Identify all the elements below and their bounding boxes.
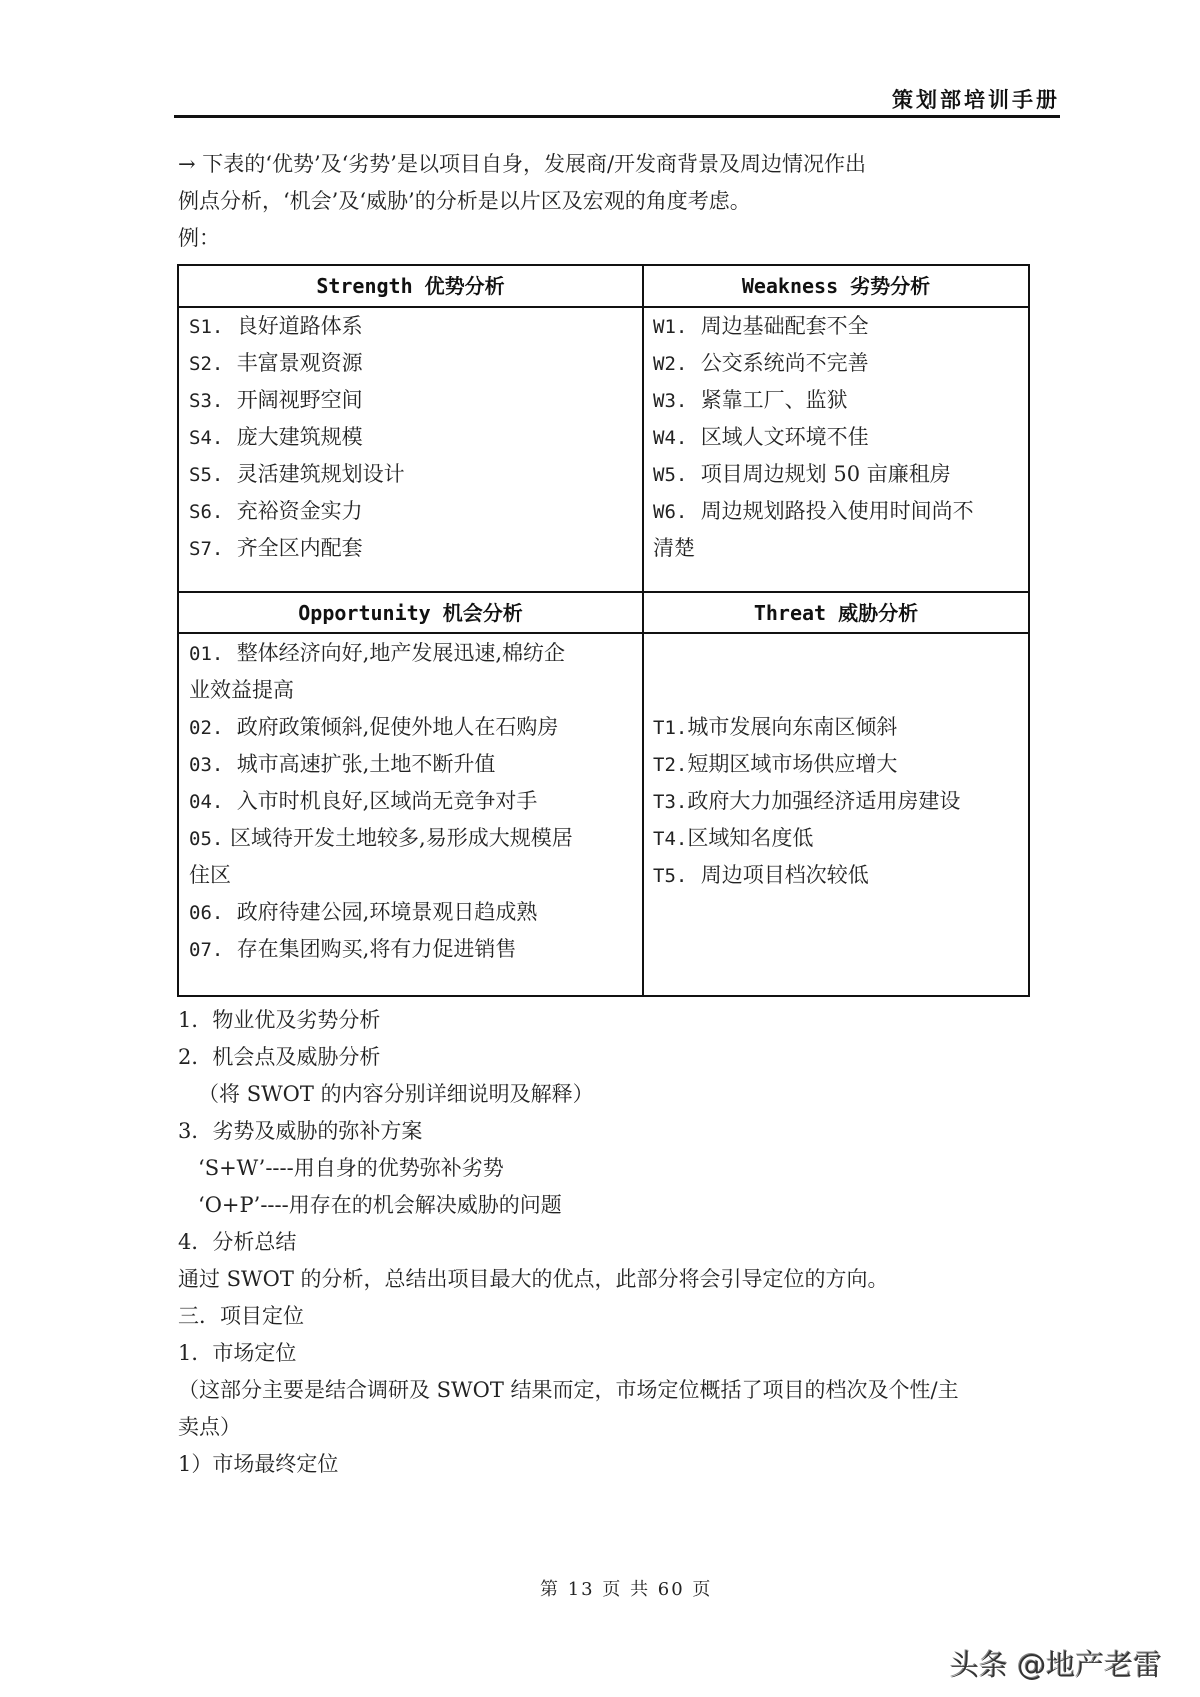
opportunity-item: 06. 政府待建公园,环境景观日趋成熟 — [189, 898, 537, 927]
strength-item: S3. 开阔视野空间 — [189, 386, 363, 415]
table-divider-header1 — [179, 306, 1028, 308]
weakness-item: W5. 项目周边规划 50 亩廉租房 — [653, 460, 951, 489]
weakness-item: W3. 紧靠工厂、监狱 — [653, 386, 848, 415]
example-label: 例： — [178, 224, 220, 252]
opportunity-item-continued: 业效益提高 — [189, 676, 294, 704]
weakness-header: Weakness 劣势分析 — [644, 266, 1028, 306]
weakness-item-continued: 清楚 — [653, 534, 695, 562]
body-line: 4．分析总结 — [178, 1228, 296, 1256]
opportunity-item: 03. 城市高速扩张,土地不断升值 — [189, 750, 495, 779]
section-heading: 三．项目定位 — [178, 1302, 304, 1330]
body-line: （这部分主要是结合调研及 SWOT 结果而定，市场定位概括了项目的档次及个性/主 — [178, 1376, 959, 1404]
opportunity-item: 02. 政府政策倾斜,促使外地人在石购房 — [189, 713, 558, 742]
strength-item: S2. 丰富景观资源 — [189, 349, 363, 378]
opportunity-item: 04. 入市时机良好,区域尚无竞争对手 — [189, 787, 537, 816]
strength-item: S1. 良好道路体系 — [189, 312, 363, 341]
threat-item: T4.区域知名度低 — [653, 824, 813, 853]
intro-line-2: 例点分析，‘机会’及‘威胁’的分析是以片区及宏观的角度考虑。 — [178, 187, 751, 215]
opportunity-item: 01. 整体经济向好,地产发展迅速,棉纺企 — [189, 639, 565, 668]
opportunity-item: 07. 存在集团购买,将有力促进销售 — [189, 935, 516, 964]
strength-header: Strength 优势分析 — [179, 266, 642, 306]
threat-item: T1.城市发展向东南区倾斜 — [653, 713, 897, 742]
watermark: 头条 @地产老雷 — [950, 1643, 1162, 1684]
body-line: 3．劣势及威胁的弥补方案 — [178, 1117, 422, 1145]
weakness-item: W4. 区域人文环境不佳 — [653, 423, 869, 452]
header-rule — [174, 115, 1060, 118]
opportunity-item-continued: 住区 — [189, 861, 231, 889]
body-line: 2．机会点及威胁分析 — [178, 1043, 380, 1071]
weakness-item: W1. 周边基础配套不全 — [653, 312, 869, 341]
body-line: 通过 SWOT 的分析，总结出项目最大的优点，此部分将会引导定位的方向。 — [178, 1265, 889, 1293]
body-line: 1）市场最终定位 — [178, 1450, 338, 1478]
opportunity-item: 05. 区域待开发土地较多,易形成大规模居 — [189, 824, 573, 853]
body-line: ‘S+W’----用自身的优势弥补劣势 — [178, 1154, 504, 1182]
body-line: （将 SWOT 的内容分别详细说明及解释） — [178, 1080, 594, 1108]
threat-item: T5. 周边项目档次较低 — [653, 861, 869, 890]
strength-item: S6. 充裕资金实力 — [189, 497, 363, 526]
intro-line-1: → 下表的‘优势’及‘劣势’是以项目自身，发展商/开发商背景及周边情况作出 — [178, 150, 866, 178]
weakness-item: W6. 周边规划路投入使用时间尚不 — [653, 497, 974, 526]
threat-header: Threat 威胁分析 — [644, 593, 1028, 633]
opportunity-header: Opportunity 机会分析 — [179, 593, 642, 633]
body-line: 1．市场定位 — [178, 1339, 296, 1367]
body-line: 卖点） — [178, 1413, 241, 1441]
threat-item: T2.短期区域市场供应增大 — [653, 750, 897, 779]
body-line: 1．物业优及劣势分析 — [178, 1006, 380, 1034]
threat-item: T3.政府大力加强经济适用房建设 — [653, 787, 960, 816]
header-title: 策划部培训手册 — [880, 84, 1060, 114]
strength-item: S4. 庞大建筑规模 — [189, 423, 363, 452]
page-number: 第 13 页 共 60 页 — [540, 1575, 712, 1601]
body-line: ‘O+P’----用存在的机会解决威胁的问题 — [178, 1191, 562, 1219]
strength-item: S5. 灵活建筑规划设计 — [189, 460, 405, 489]
swot-table: Strength 优势分析 Weakness 劣势分析 Opportunity … — [177, 264, 1030, 997]
weakness-item: W2. 公交系统尚不完善 — [653, 349, 869, 378]
strength-item: S7. 齐全区内配套 — [189, 534, 363, 563]
